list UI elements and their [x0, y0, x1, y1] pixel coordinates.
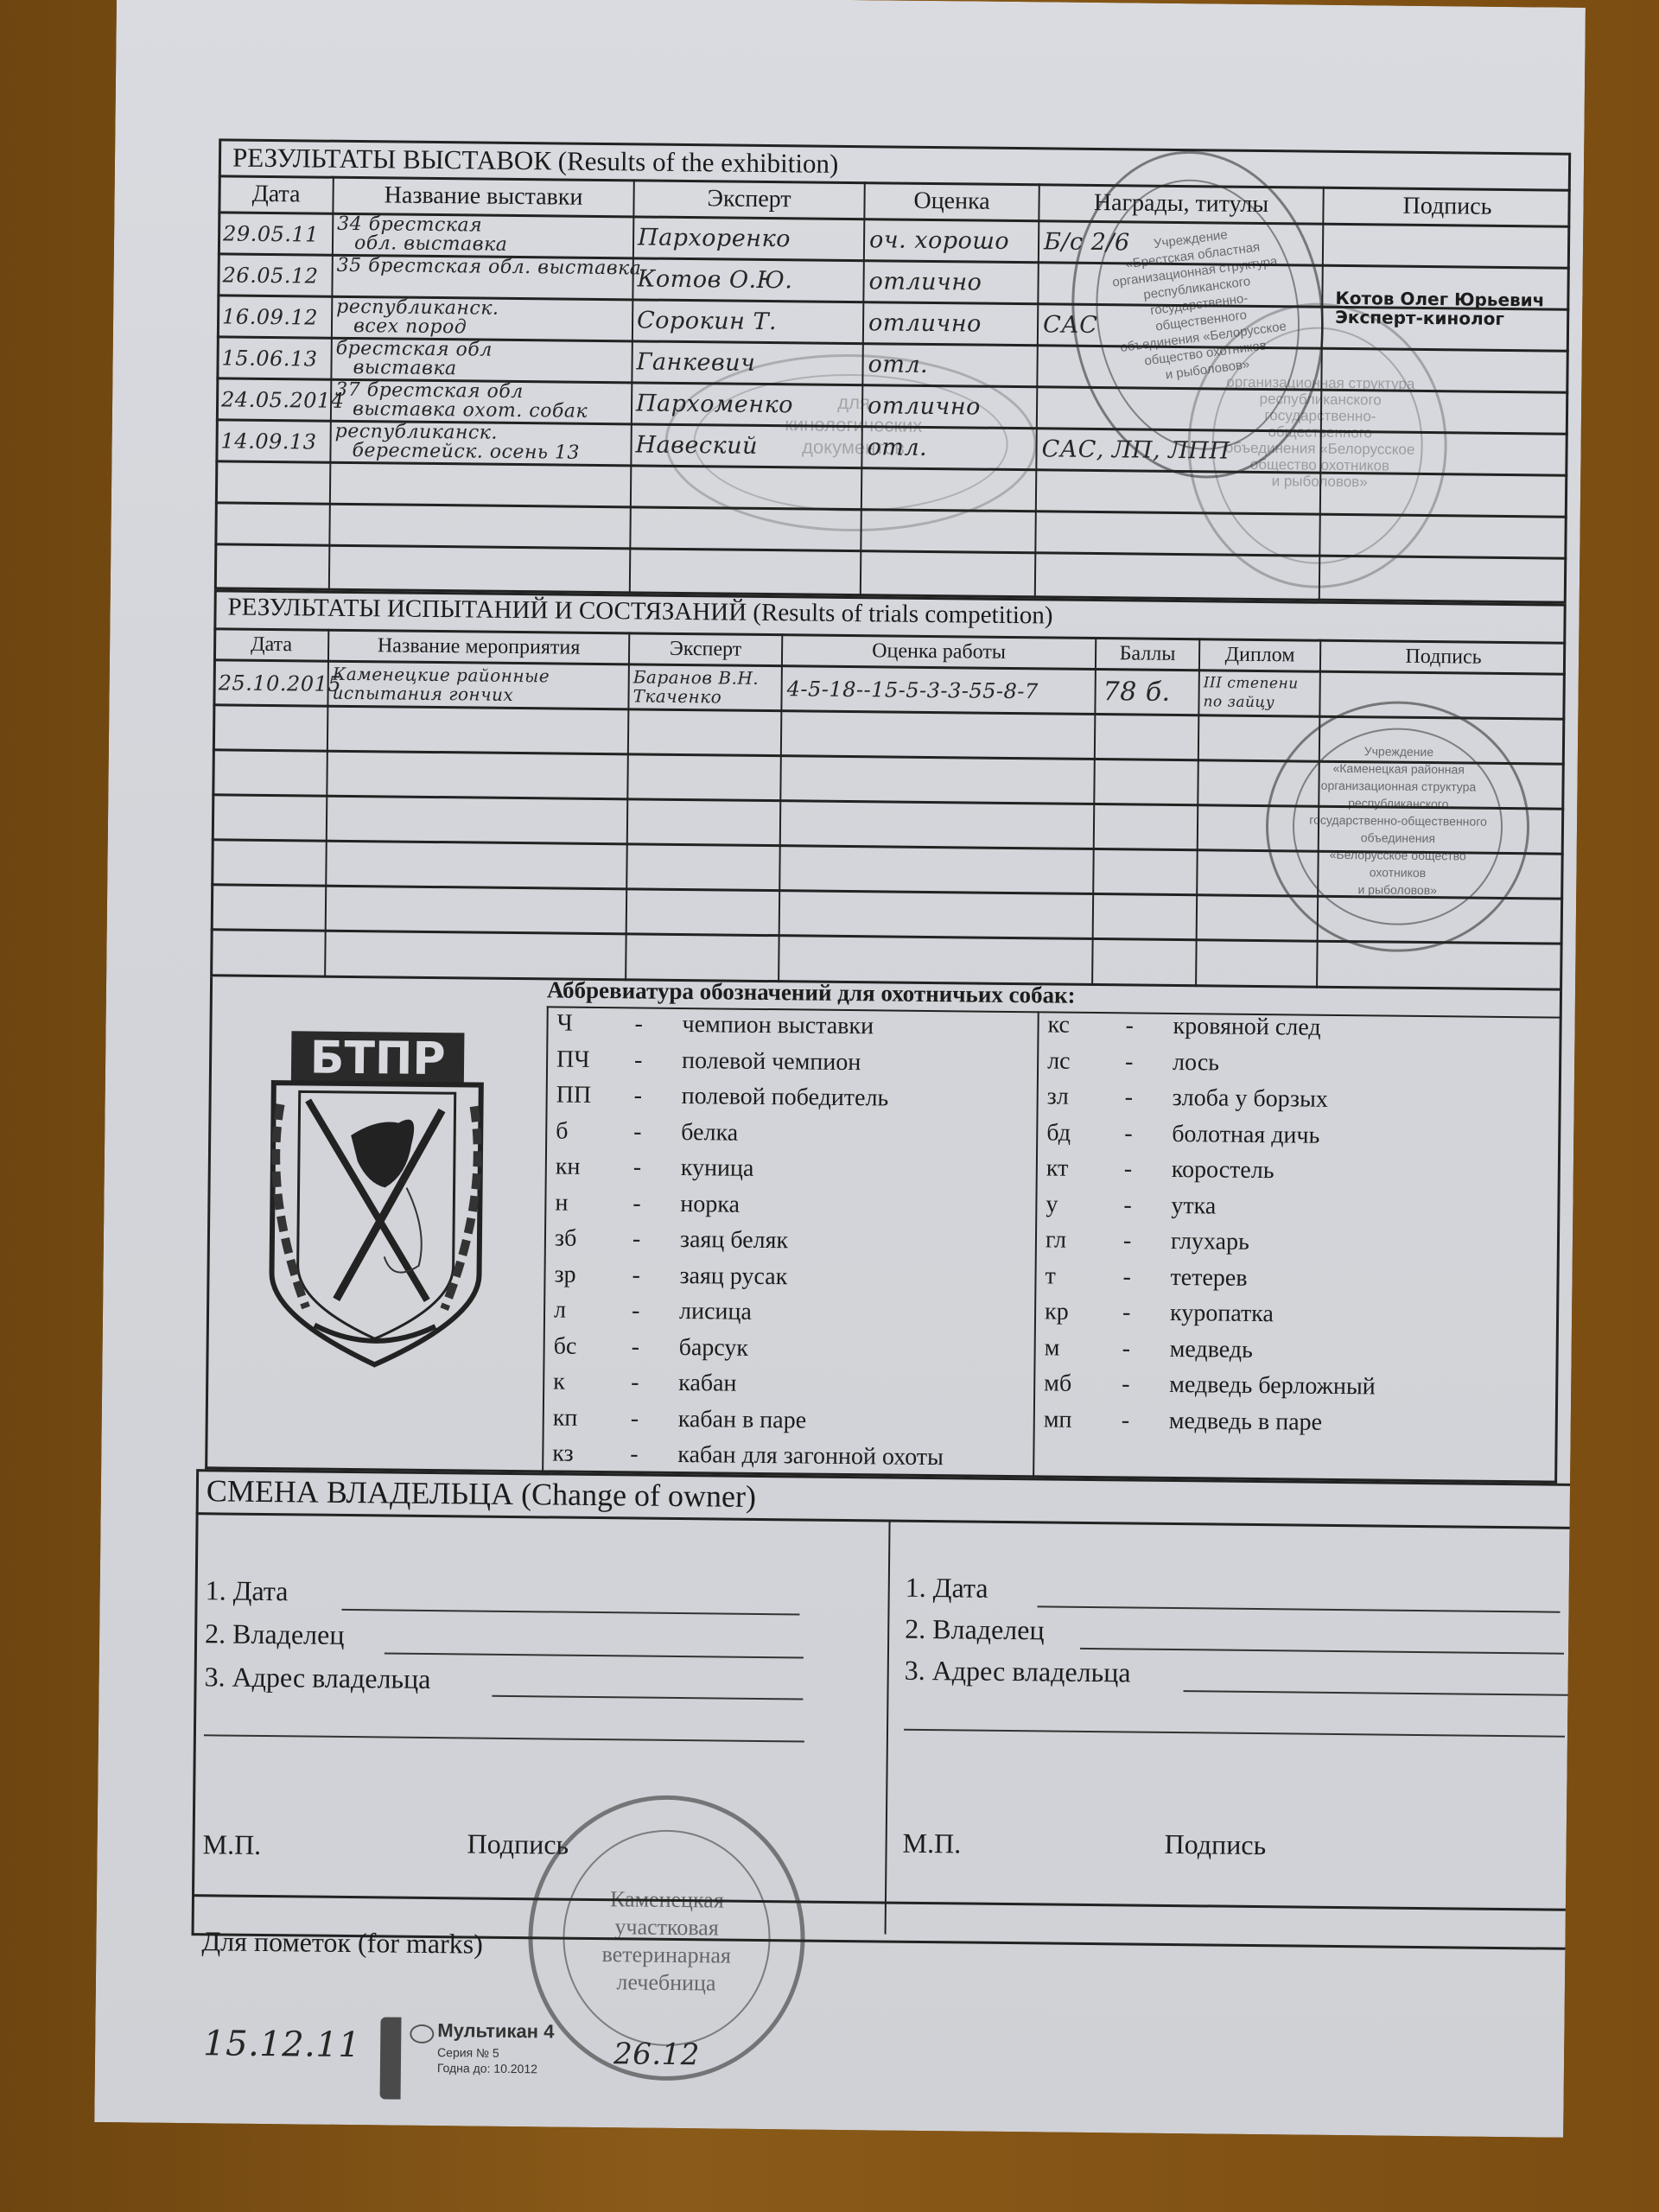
trials-col-evaluation: Оценка работы: [783, 639, 1095, 665]
abbreviation-dash: -: [1122, 1335, 1170, 1363]
abbreviation-meaning: полевой победитель: [682, 1083, 889, 1113]
abbreviation-code: кт: [1046, 1154, 1124, 1183]
exhibition-name-2: обл. выставка: [354, 233, 507, 256]
document-page: РЕЗУЛЬТАТЫ ВЫСТАВОК (Results of the exhi…: [94, 0, 1586, 2138]
abbreviation-dash: -: [634, 1046, 682, 1075]
marks-title: Для пометок (for marks): [201, 1925, 483, 1960]
abbreviation-item: гл-глухарь: [1046, 1226, 1249, 1255]
stamp-line: охотников: [1306, 863, 1488, 882]
col-header-name: Название выставки: [334, 181, 632, 213]
district-stamp: Учреждение«Каменецкая районнаяорганизаци…: [1265, 700, 1531, 953]
trial-date: 25.10.2015: [219, 671, 342, 696]
abbreviation-code: кс: [1047, 1011, 1125, 1039]
abbreviation-meaning: заяц русак: [679, 1262, 787, 1291]
abbreviation-dash: -: [1125, 1012, 1173, 1040]
abbreviation-dash: -: [1122, 1299, 1170, 1327]
abbreviation-meaning: чемпион выставки: [682, 1011, 874, 1040]
abbreviation-dash: -: [1124, 1120, 1172, 1148]
abbreviation-meaning: глухарь: [1171, 1228, 1249, 1256]
abbreviation-code: кн: [556, 1153, 633, 1181]
abbreviation-dash: -: [1124, 1155, 1172, 1184]
exhibition-grade: отлично: [868, 268, 982, 296]
abbreviation-item: у-утка: [1046, 1191, 1216, 1220]
col-header-date: Дата: [219, 180, 332, 208]
abbreviation-code: кз: [552, 1440, 630, 1468]
abbreviation-item: мп-медведь в паре: [1044, 1406, 1323, 1436]
exhibition-name-2: выставка охот. собак: [353, 399, 588, 423]
btpr-emblem-logo: БТПР: [253, 1022, 499, 1370]
abbreviation-dash: -: [634, 1082, 682, 1110]
sticker-valid: Годна до: 10.2012: [437, 2061, 537, 2075]
stamp-line: участковая: [584, 1913, 748, 1942]
abbreviation-code: ПЧ: [556, 1046, 634, 1074]
abbreviation-dash: -: [1123, 1192, 1171, 1220]
abbreviation-code: Ч: [556, 1010, 634, 1039]
abbreviation-item: Ч-чемпион выставки: [556, 1010, 874, 1041]
stamp-line: республиканского: [1307, 794, 1489, 813]
abbreviation-dash: -: [1123, 1227, 1171, 1255]
exhibition-expert: Котов О.Ю.: [637, 265, 792, 294]
trials-col-signature: Подпись: [1321, 645, 1566, 671]
exhibition-date: 15.06.13: [221, 347, 317, 369]
stamp-line: документов: [753, 435, 952, 460]
abbreviation-meaning: барсук: [678, 1333, 748, 1362]
abbreviation-meaning: заяц беляк: [680, 1226, 788, 1255]
abbreviation-meaning: лось: [1173, 1048, 1219, 1077]
abbreviation-code: зл: [1047, 1083, 1125, 1111]
stamp-line: и рыболовов»: [1224, 473, 1414, 491]
exhibition-date: 14.09.13: [220, 430, 316, 452]
owner-change-title: СМЕНА ВЛАДЕЛЬЦА (Change of owner): [207, 1472, 757, 1515]
abbreviation-meaning: кабан для загонной охоты: [677, 1441, 944, 1471]
abbreviation-item: кз-кабан для загонной охоты: [552, 1440, 944, 1471]
abbreviation-item: кп-кабан в паре: [553, 1404, 807, 1434]
owner2-signature-label: Подпись: [1164, 1828, 1266, 1861]
abbreviation-dash: -: [632, 1297, 679, 1325]
col-header-signature: Подпись: [1324, 192, 1570, 222]
stamp-line: «Белорусское общество: [1307, 846, 1489, 865]
exhibition-name: 35 брестская обл. выставка: [337, 256, 642, 280]
stamp-line: организационная структура: [1307, 777, 1489, 796]
abbreviation-item: л-лисица: [554, 1296, 752, 1325]
abbreviation-item: кн-куница: [556, 1153, 754, 1182]
abbreviation-item: зр-заяц русак: [554, 1261, 787, 1291]
stamp-line: общество охотников: [1224, 456, 1414, 474]
abbreviation-dash: -: [631, 1333, 678, 1362]
abbreviation-code: б: [556, 1117, 633, 1146]
owner1-date-label: 1. Дата: [205, 1574, 288, 1607]
owner1-owner-label: 2. Владелец: [205, 1618, 345, 1651]
trials-col-date: Дата: [215, 632, 327, 657]
exhibition-name-2: берестейск. осень 13: [352, 441, 580, 464]
sticker-series: Серия № 5: [437, 2045, 499, 2060]
trial-points: 78 б.: [1103, 677, 1170, 708]
abbreviation-item: м-медведь: [1045, 1334, 1253, 1364]
stamp-line: государственно-общественного: [1225, 407, 1415, 442]
abbreviation-meaning: куница: [681, 1154, 754, 1183]
abbreviation-code: мп: [1044, 1406, 1122, 1434]
abbreviation-meaning: утка: [1171, 1192, 1216, 1220]
abbreviation-item: ПП-полевой победитель: [556, 1081, 889, 1112]
abbreviation-code: м: [1045, 1334, 1122, 1363]
stamp-line: кинологических: [754, 413, 953, 437]
abbreviation-meaning: кабан в паре: [678, 1405, 807, 1434]
exhibition-expert: Сорокин Т.: [637, 307, 777, 335]
abbreviation-code: ПП: [556, 1081, 634, 1109]
stamp-line: для: [754, 391, 953, 415]
abbreviation-item: кт-коростель: [1046, 1154, 1274, 1185]
abbreviation-item: к-кабан: [553, 1368, 737, 1397]
owner1-address-label: 3. Адрес владельца: [204, 1661, 430, 1695]
abbreviation-item: т-тетерев: [1045, 1262, 1247, 1292]
abbreviation-code: бд: [1046, 1119, 1124, 1147]
emblem-text: БТПР: [309, 1033, 445, 1086]
exhibition-grade: оч. хорошо: [869, 226, 1009, 255]
trials-col-event: Название мероприятия: [329, 634, 628, 661]
stamp-line: объединения «Белорусское: [1224, 440, 1414, 458]
stamp-line: ветеринарная: [584, 1941, 748, 1970]
exhibition-date: 16.09.12: [222, 306, 318, 327]
abbreviation-meaning: кабан: [678, 1370, 737, 1398]
abbreviation-meaning: медведь: [1170, 1335, 1253, 1363]
exhibition-expert: Пархоренко: [638, 224, 791, 252]
abbreviation-code: кр: [1045, 1298, 1122, 1326]
stamp-line: лечебница: [584, 1968, 748, 1998]
marks-handwritten-date: 15.12.11: [203, 2024, 361, 2065]
owner-change-frame: [192, 1469, 1575, 1950]
abbreviation-meaning: медведь берложный: [1169, 1371, 1376, 1401]
stamp-line: объединения: [1307, 829, 1489, 848]
trials-col-points: Баллы: [1096, 642, 1198, 666]
trial-diploma-2: по зайцу: [1203, 691, 1274, 713]
abbreviation-dash: -: [631, 1405, 678, 1433]
abbreviation-meaning: болотная дичь: [1172, 1120, 1319, 1149]
abbreviation-dash: -: [631, 1369, 678, 1397]
abbreviation-code: бс: [553, 1332, 631, 1361]
trial-event-2: испытания гончих: [332, 683, 513, 705]
abbreviation-item: зл-злоба у борзых: [1047, 1083, 1328, 1113]
abbreviation-dash: -: [1125, 1084, 1173, 1112]
abbreviation-code: мб: [1044, 1370, 1122, 1398]
abbreviation-item: зб-заяц беляк: [555, 1224, 788, 1255]
abbreviation-meaning: коростель: [1172, 1156, 1274, 1185]
abbreviation-dash: -: [632, 1190, 680, 1218]
vaccine-logo-icon: [410, 2024, 434, 2044]
abbreviation-code: гл: [1046, 1226, 1123, 1255]
abbreviation-meaning: норка: [680, 1191, 740, 1219]
exhibition-name-2: выставка: [353, 358, 456, 379]
abbreviation-code: н: [555, 1189, 632, 1217]
abbreviation-dash: -: [633, 1118, 681, 1147]
abbreviation-code: кп: [553, 1404, 631, 1433]
abbreviation-item: мб-медведь берложный: [1044, 1370, 1376, 1401]
trial-evaluation: 4-5-18--15-5-3-3-55-8-7: [787, 677, 1039, 703]
abbreviations-title: Аббревиатура обозначений для охотничьих …: [547, 976, 1076, 1008]
sticker-name: Мультикан 4: [437, 2019, 554, 2043]
abbreviation-dash: -: [1122, 1407, 1169, 1435]
stamp-line: Каменецкая: [585, 1885, 749, 1915]
abbreviation-meaning: медведь в паре: [1169, 1407, 1323, 1436]
abbreviation-item: б-белка: [556, 1117, 738, 1147]
stamp-line: организационная структура: [1225, 374, 1415, 392]
abbreviation-dash: -: [1122, 1370, 1169, 1399]
abbreviation-dash: -: [632, 1262, 679, 1290]
abbreviation-item: лс-лось: [1047, 1047, 1219, 1077]
abbreviation-code: л: [554, 1296, 632, 1325]
sticker-tab: [380, 2017, 402, 2099]
abbreviation-item: кр-куропатка: [1045, 1298, 1274, 1328]
abbreviation-meaning: полевой чемпион: [682, 1047, 861, 1077]
abbreviation-meaning: лисица: [679, 1298, 752, 1326]
owner2-owner-label: 2. Владелец: [905, 1613, 1045, 1647]
col-header-expert: Эксперт: [634, 184, 863, 214]
exhibition-date: 26.05.12: [223, 264, 319, 286]
abbreviation-dash: -: [634, 1010, 682, 1039]
abbreviation-item: бс-барсук: [553, 1332, 748, 1362]
abbreviation-dash: -: [1125, 1048, 1173, 1077]
exhibition-date: 29.05.11: [223, 223, 319, 245]
stamp-line: и рыболовов»: [1306, 880, 1488, 899]
abbreviation-dash: -: [632, 1225, 680, 1254]
abbreviation-code: лс: [1047, 1047, 1125, 1076]
abbreviation-code: к: [553, 1368, 631, 1396]
abbreviation-meaning: белка: [681, 1119, 738, 1147]
abbreviation-item: ПЧ-полевой чемпион: [556, 1046, 861, 1077]
abbreviation-meaning: кровяной след: [1173, 1013, 1320, 1042]
trials-col-expert: Эксперт: [630, 637, 781, 662]
abbreviation-dash: -: [633, 1154, 681, 1182]
stamp-line: «Каменецкая районная: [1308, 760, 1490, 779]
owner2-date-label: 1. Дата: [906, 1572, 988, 1605]
trial-expert-2: Ткаченко: [632, 685, 721, 707]
exhibition-grade: отлично: [868, 309, 982, 337]
abbreviation-item: н-норка: [555, 1189, 740, 1218]
vet-clinic-stamp: Каменецкаяучастковаяветеринарнаялечебниц…: [527, 1794, 806, 2082]
owner2-address-label: 3. Адрес владельца: [905, 1655, 1131, 1689]
abbreviation-meaning: злоба у борзых: [1173, 1084, 1328, 1114]
stamp-line: республиканского: [1225, 391, 1415, 409]
abbreviation-dash: -: [630, 1440, 677, 1469]
trials-col-diploma: Диплом: [1200, 643, 1319, 667]
abbreviation-meaning: тетерев: [1170, 1263, 1247, 1292]
stamp-line: государственно-общественного: [1307, 811, 1489, 830]
abbreviation-item: кс-кровяной след: [1047, 1011, 1320, 1041]
owner1-seal-label: М.П.: [202, 1828, 261, 1861]
abbreviation-code: зб: [555, 1224, 632, 1253]
abbreviation-meaning: куропатка: [1170, 1300, 1274, 1328]
exhibition-name-2: всех пород: [353, 316, 467, 338]
abbreviation-dash: -: [1122, 1263, 1170, 1292]
abbreviation-code: у: [1046, 1191, 1123, 1219]
exhibition-title: РЕЗУЛЬТАТЫ ВЫСТАВОК (Results of the exhi…: [232, 143, 839, 180]
stamp-line: Учреждение: [1308, 742, 1490, 761]
owner2-seal-label: М.П.: [902, 1827, 961, 1860]
abbreviation-code: зр: [554, 1261, 632, 1289]
abbreviation-code: т: [1045, 1262, 1122, 1291]
col-header-grade: Оценка: [865, 187, 1038, 216]
exhibition-date: 24.05.2014: [221, 389, 345, 410]
abbreviation-item: бд-болотная дичь: [1046, 1119, 1319, 1149]
